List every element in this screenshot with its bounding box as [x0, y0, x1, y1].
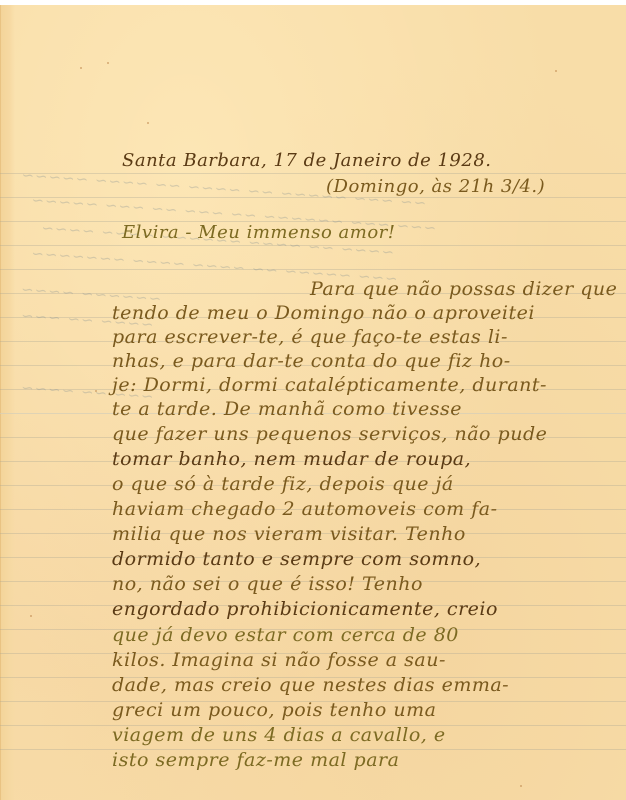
- letter-line: haviam chegado 2 automoveis com fa-: [112, 500, 498, 519]
- letter-line: no, não sei o que é isso! Tenho: [112, 575, 423, 594]
- letter-line: isto sempre faz-me mal para: [112, 751, 399, 770]
- paper-speck: [80, 67, 82, 69]
- paper-left-edge: [0, 5, 15, 800]
- paper-speck: [147, 122, 149, 124]
- letter-line: engordado prohibicionicamente, creio: [112, 600, 498, 619]
- letter-line: dade, mas creio que nestes dias emma-: [112, 676, 509, 695]
- paper-speck: [520, 785, 522, 787]
- letter-line: o que só à tarde fiz, depois que já: [112, 475, 454, 494]
- letter-day-time: (Domingo, às 21h 3/4.): [326, 178, 545, 196]
- letter-line: que já devo estar com cerca de 80: [112, 626, 459, 645]
- paper-speck: [95, 390, 97, 392]
- letter-line: nhas, e para dar-te conta do que fiz ho-: [112, 352, 511, 371]
- letter-line: dormido tanto e sempre com somno,: [112, 550, 481, 569]
- letter-line: greci um pouco, pois tenho uma: [112, 701, 436, 720]
- letter-line: tendo de meu o Domingo não o aproveitei: [112, 304, 535, 323]
- letter-page: ~~ ~~~ ~~~~~ ~~ ~~~~ ~~ ~~~~ ~~~~~ ~~~ ~…: [0, 5, 626, 800]
- letter-line: te a tarde. De manhã como tivesse: [112, 400, 462, 419]
- paper-speck: [555, 70, 557, 72]
- letter-line: milia que nos vieram visitar. Tenho: [112, 525, 466, 544]
- letter-line: tomar banho, nem mudar de roupa,: [112, 450, 471, 469]
- letter-line: que fazer uns pequenos serviços, não pud…: [112, 425, 547, 444]
- letter-line: para escrever-te, é que faço-te estas li…: [112, 328, 508, 347]
- letter-line: je: Dormi, dormi catalépticamente, duran…: [112, 376, 547, 395]
- paper-speck: [107, 62, 109, 64]
- letter-line: kilos. Imagina si não fosse a sau-: [112, 651, 446, 670]
- letter-salutation: Elvira - Meu immenso amor!: [122, 224, 396, 242]
- letter-line: viagem de uns 4 dias a cavallo, e: [112, 726, 446, 745]
- paper-speck: [30, 615, 32, 617]
- letter-place-date: Santa Barbara, 17 de Janeiro de 1928.: [122, 152, 492, 170]
- letter-line: Para que não possas dizer que: [310, 280, 617, 299]
